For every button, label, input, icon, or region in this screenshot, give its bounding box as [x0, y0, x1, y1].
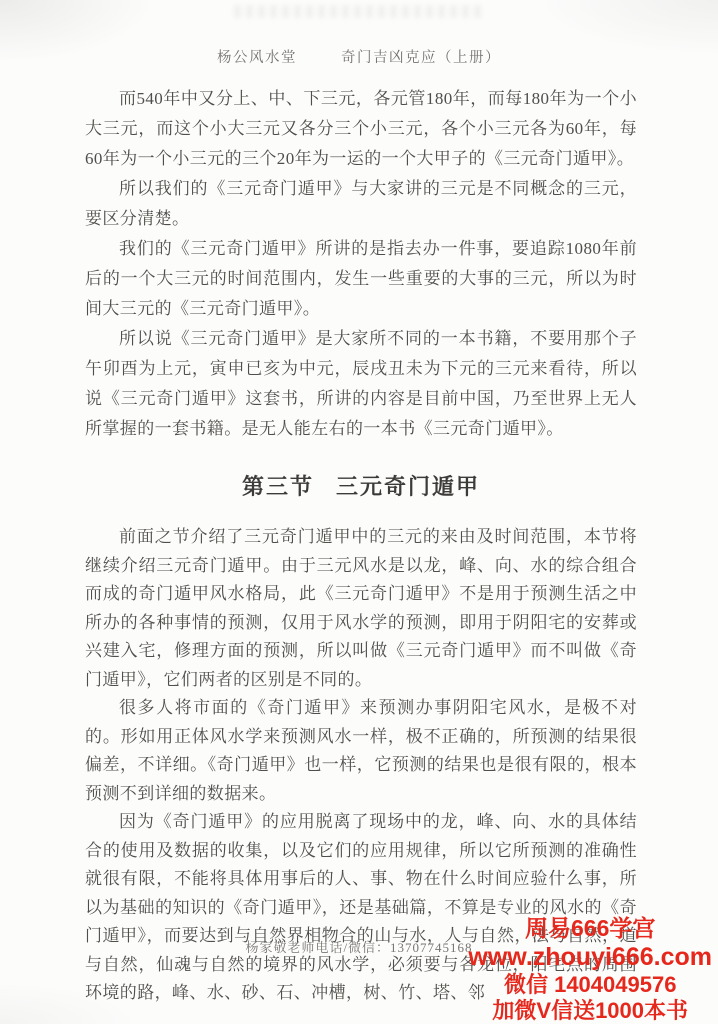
paragraph: 我们的《三元奇门遁甲》所讲的是指去办一件事，要追踪1080年前后的一个大三元的时…	[85, 234, 637, 324]
scanned-book-page: 杨公风水堂 奇门吉凶克应（上册） 而540年中又分上、中、下三元，各元管180年…	[0, 0, 718, 1024]
watermark-line: 微信 1404049576	[468, 972, 712, 998]
watermark-line: www.zhouyi666.com	[468, 943, 712, 973]
paragraph: 而540年中又分上、中、下三元，各元管180年，而每180年为一个小大三元，而这…	[85, 84, 637, 174]
paragraph: 很多人将市面的《奇门遁甲》来预测办事阴阳宅风水，是极不对的。形如用正体风水学来预…	[85, 694, 637, 808]
paragraph: 前面之节介绍了三元奇门遁甲中的三元的来由及时间范围，本节将继续介绍三元奇门遁甲。…	[85, 523, 637, 694]
watermark-line: 周易666学宫	[468, 915, 712, 942]
section-name: 三元奇门遁甲	[336, 474, 480, 499]
header-book-title: 奇门吉凶克应（上册）	[341, 46, 501, 67]
section-number: 第三节	[242, 474, 314, 499]
watermark-line: 加微V信送1000本书	[468, 998, 712, 1024]
watermark-ad: 周易666学宫www.zhouyi666.com微信 1404049576加微V…	[468, 915, 712, 1024]
body-section-1: 而540年中又分上、中、下三元，各元管180年，而每180年为一个小大三元，而这…	[85, 84, 637, 444]
page-header: 杨公风水堂 奇门吉凶克应（上册）	[0, 46, 718, 67]
page-content: 而540年中又分上、中、下三元，各元管180年，而每180年为一个小大三元，而这…	[85, 84, 637, 1008]
scan-bleedthrough-artifact	[234, 5, 484, 18]
section-title: 第三节三元奇门遁甲	[85, 470, 637, 501]
header-studio-name: 杨公风水堂	[217, 46, 297, 67]
paragraph: 所以说《三元奇门遁甲》是大家所不同的一本书籍，不要用那个子午卯酉为上元，寅申已亥…	[85, 324, 637, 444]
paragraph: 所以我们的《三元奇门遁甲》与大家讲的三元是不同概念的三元，要区分清楚。	[85, 174, 637, 234]
